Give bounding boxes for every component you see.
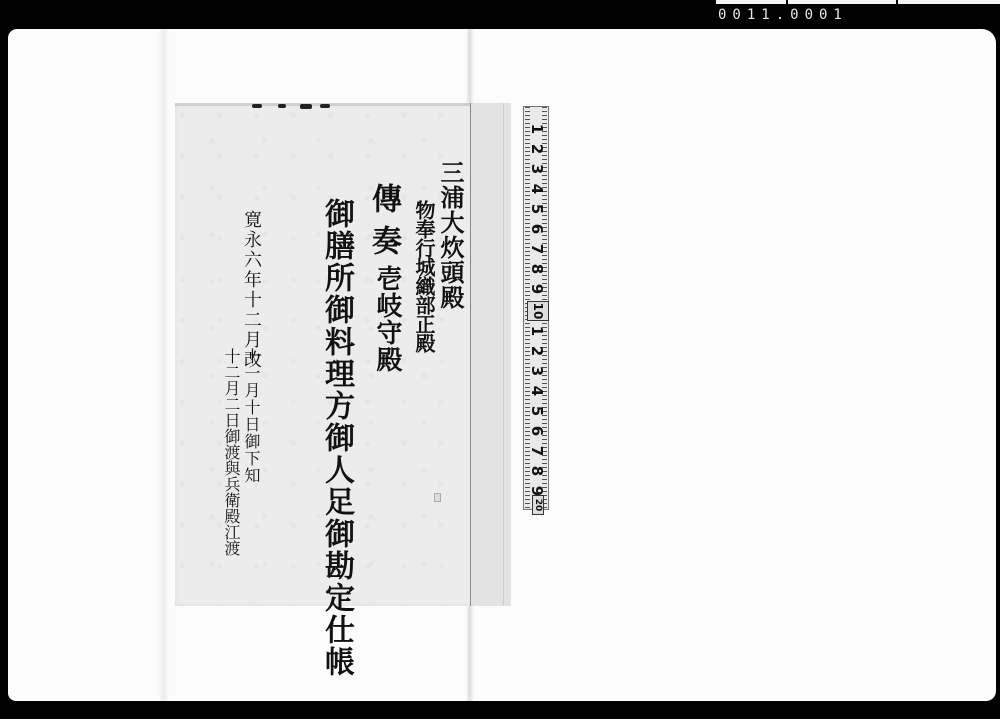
strip-divider [896, 0, 898, 4]
document-date: 寛永六年十二月改 [238, 210, 264, 370]
ruler-label: 10 [527, 301, 549, 321]
ruler-label: 9 [527, 280, 547, 298]
paper-mark [434, 493, 441, 502]
frame-number: 0011.0001 [718, 6, 888, 24]
ruler-label: 8 [527, 260, 547, 278]
ruler-label: 4 [527, 382, 547, 400]
ruler-label: 2 [527, 342, 547, 360]
ruler-label: 3 [527, 362, 547, 380]
ruler-label: 6 [527, 422, 547, 440]
sender-name: 壱岐守殿 [369, 265, 406, 373]
ink-stains [252, 104, 332, 110]
sheet-fold-left [159, 29, 169, 701]
binding-strip [470, 103, 511, 606]
film-top-strip [716, 0, 1000, 4]
strip-divider [786, 0, 788, 4]
scale-ruler: 1 2 3 4 5 6 7 8 9 10 1 2 3 4 5 6 7 8 9 2… [523, 106, 549, 510]
ruler-label: 7 [527, 442, 547, 460]
ruler-label: 4 [527, 180, 547, 198]
ruler-label: 1 [527, 120, 547, 138]
ruler-label: 2 [527, 140, 547, 158]
ruler-label: 7 [527, 240, 547, 258]
ruler-label: 3 [527, 160, 547, 178]
note-line-1: 十一月十日御下知 [240, 348, 263, 484]
ruler-label: 1 [527, 322, 547, 340]
ruler-label: 20 [532, 495, 544, 515]
addressee-line-2: 物奉行城織部正殿 [410, 200, 439, 352]
ruler-label: 6 [527, 220, 547, 238]
ruler-label: 5 [527, 402, 547, 420]
document-title: 御膳所御料理方御人足御勘定仕帳 [314, 198, 358, 678]
ruler-label: 5 [527, 200, 547, 218]
ruler-label: 8 [527, 462, 547, 480]
note-line-2: 十二月二日御渡與兵衛殿江渡 [220, 348, 243, 556]
sender-label: 傳奏 [361, 183, 405, 267]
